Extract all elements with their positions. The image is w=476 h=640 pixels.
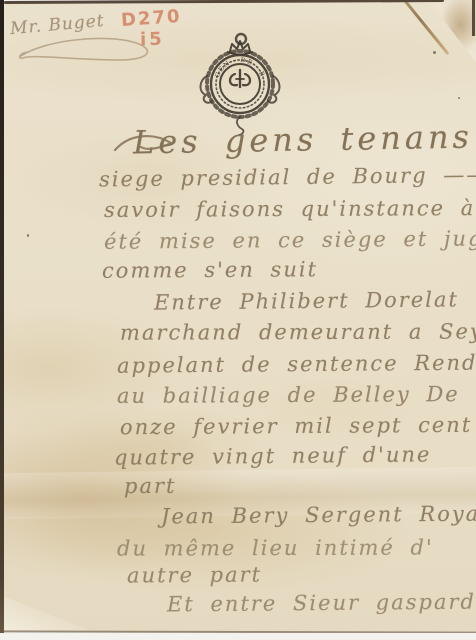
- manuscript-line: du même lieu intimé d': [117, 535, 434, 560]
- manuscript-line: au bailliage de Belley De: [117, 382, 460, 408]
- scan-background-strip: [0, 633, 476, 640]
- page-edge-right: [472, 0, 475, 36]
- manuscript-line: savoir faisons qu'instance à: [104, 196, 475, 222]
- manuscript-line: été mise en ce siège et jugée: [104, 226, 476, 254]
- manuscript-line: Jean Bery Sergent Royal: [161, 502, 476, 529]
- scanned-document: Mr. Buget D270 i5: [0, 0, 476, 640]
- ink-speck: [433, 51, 436, 54]
- manuscript-line: appelant de sentence Rendue: [117, 350, 476, 377]
- page-edge-left: [0, 0, 4, 640]
- manuscript-line: Entre Philibert Dorelat: [154, 287, 459, 314]
- manuscript-line: onze fevrier mil sept cent: [120, 413, 472, 439]
- ink-speck: [458, 97, 460, 99]
- manuscript-line: comme s'en suit: [102, 257, 318, 283]
- paper-page: Mr. Buget D270 i5: [3, 2, 476, 632]
- manuscript-line: Et entre Sieur gaspard: [167, 590, 476, 617]
- manuscript-line: quatre vingt neuf d'une: [114, 442, 432, 469]
- manuscript-line: autre part: [127, 563, 262, 588]
- manuscript-heading: Les gens tenans le: [133, 117, 476, 162]
- corner-fold: [3, 584, 93, 632]
- manuscript-line: marchand demeurant a Seyssel: [120, 319, 476, 344]
- catalog-ref-annotation: D270: [120, 6, 182, 31]
- ink-speck: [27, 234, 29, 237]
- manuscript-line: siege presidial de Bourg ——: [99, 163, 476, 192]
- manuscript-line: part: [124, 474, 177, 498]
- inventory-ref-annotation: i5: [140, 29, 165, 51]
